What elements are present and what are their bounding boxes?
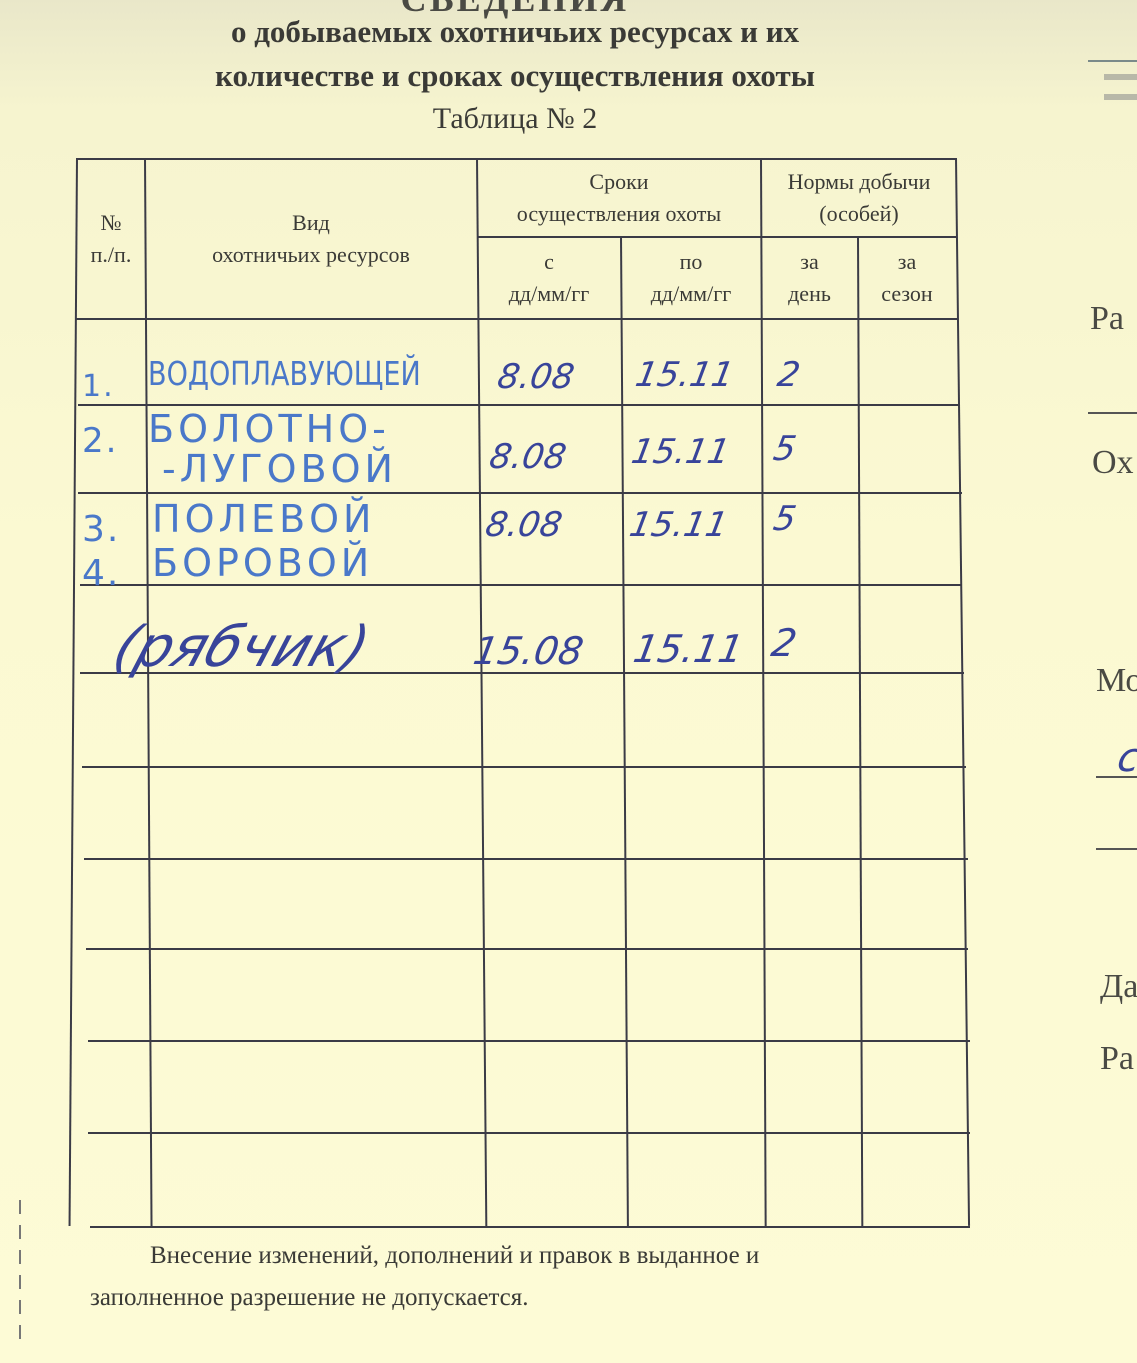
edge-fragment: Ра [1090, 300, 1124, 338]
header-bag-limits: Нормы добычи (особей) [762, 160, 956, 236]
header-from-line-1: с [544, 246, 554, 278]
header-per-season-line-1: за [898, 246, 916, 278]
footer-note-line-1: Внесение изменений, дополнений и правок … [90, 1234, 990, 1278]
binding-mark [19, 1325, 21, 1339]
row-number-3: 3. [82, 512, 120, 548]
document-title-line-2: количестве и сроках осуществления охоты [0, 58, 1030, 94]
header-per-day-line-2: день [788, 278, 831, 310]
edge-rule [1088, 60, 1137, 62]
header-type-line-2: охотничьих ресурсов [212, 239, 410, 271]
header-period-line-2: осуществления охоты [517, 198, 721, 230]
header-number-label: п./п. [91, 239, 132, 271]
binding-mark [19, 1200, 21, 1214]
row-number: 1. [82, 372, 115, 402]
footer-note-line-2: заполненное разрешение не допускается. [90, 1276, 990, 1320]
header-hunting-period: Сроки осуществления охоты [478, 160, 760, 236]
edge-rule [1088, 412, 1137, 414]
binding-mark [19, 1300, 21, 1314]
resource-type-line-1: БОЛОТНО- [148, 410, 390, 448]
table-caption: Таблица № 2 [0, 102, 1030, 136]
header-limits-line-1: Нормы добычи [788, 166, 931, 198]
resource-type: ВОДОПЛАВУЮЩЕЙ [148, 357, 421, 390]
header-per-day-line-1: за [800, 246, 818, 278]
date-from: 8.08 [483, 508, 565, 542]
date-to: 15.11 [629, 435, 732, 469]
date-from: 8.08 [487, 440, 569, 474]
header-type-line-1: Вид [292, 207, 330, 239]
date-to: 15.11 [631, 630, 746, 668]
edge-small-text [1104, 74, 1137, 80]
header-from-line-2: дд/мм/гг [509, 278, 590, 310]
header-to-date: по дд/мм/гг [622, 238, 760, 318]
date-from: 15.08 [471, 632, 586, 670]
header-number-symbol: № [101, 207, 122, 239]
header-per-season-line-2: сезон [881, 278, 932, 310]
document-title-line-1: о добываемых охотничьих ресурсах и их [0, 14, 1030, 50]
per-day-limit: 5 [771, 432, 799, 466]
row-number-4: 4. [82, 556, 120, 592]
date-to: 15.11 [627, 508, 730, 542]
resource-type-line-2: БОРОВОЙ [152, 544, 373, 582]
header-to-line-2: дд/мм/гг [651, 278, 732, 310]
edge-handwriting: с [1114, 738, 1137, 778]
date-to: 15.11 [633, 358, 736, 392]
per-day-limit: 5 [771, 502, 799, 536]
per-day-limit: 2 [775, 358, 803, 392]
header-number: № п./п. [78, 160, 144, 318]
per-day-limit: 2 [769, 624, 800, 662]
header-limits-line-2: (особей) [819, 198, 898, 230]
binding-mark [19, 1250, 21, 1264]
header-resource-type: Вид охотничьих ресурсов [146, 160, 476, 318]
edge-fragment: Ра [1100, 1040, 1134, 1078]
edge-small-text [1104, 94, 1137, 100]
resource-type: (рябчик) [107, 620, 376, 676]
header-period-line-1: Сроки [589, 166, 648, 198]
header-from-date: с дд/мм/гг [478, 238, 620, 318]
binding-mark [19, 1225, 21, 1239]
edge-fragment: Ох [1092, 444, 1134, 482]
edge-rule [1096, 848, 1137, 850]
header-per-season: за сезон [859, 238, 955, 318]
header-per-day: за день [762, 238, 857, 318]
edge-fragment: Да [1100, 968, 1137, 1006]
edge-fragment: Мо [1096, 662, 1137, 700]
binding-mark [19, 1275, 21, 1289]
row-number: 2. [82, 424, 118, 458]
header-to-line-1: по [680, 246, 703, 278]
edge-rule [1096, 776, 1137, 778]
resource-type-line-2: -ЛУГОВОЙ [162, 450, 397, 488]
date-from: 8.08 [495, 360, 577, 394]
resource-type-line-1: ПОЛЕВОЙ [152, 500, 375, 538]
